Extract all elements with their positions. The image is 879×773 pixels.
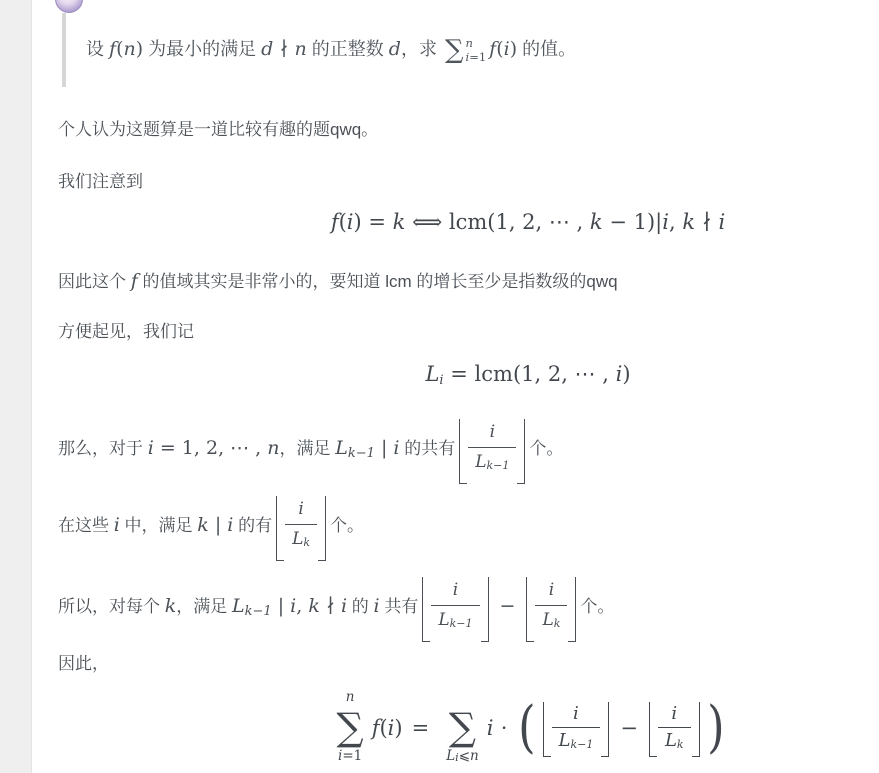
math-text: = 1, 2, ⋯ , xyxy=(154,437,267,459)
display-equation-2: Li = lcm(1, 2, ⋯ , i) xyxy=(58,362,879,388)
equals-sign: = xyxy=(412,716,430,740)
display-equation-3: n∑i=1 f(i)= ∑Li ⩽ n i⋅ ( iLk−1 − iLk ) xyxy=(58,690,879,765)
sum-upper-limit: n xyxy=(346,690,355,706)
lfloor-delimiter xyxy=(526,577,534,642)
lcm-text: lcm(1, 2, ⋯ , xyxy=(449,210,590,234)
fraction-numerator: i xyxy=(483,419,502,447)
sigma-symbol: ∑ xyxy=(445,37,464,63)
fraction-denominator: Lk−1 xyxy=(468,447,516,479)
paragraph-text: 因此这个 xyxy=(58,272,131,291)
sigma-symbol: ∑ xyxy=(337,708,364,746)
fraction-numerator: i xyxy=(446,577,465,605)
lfloor-delimiter xyxy=(459,419,467,484)
floor-expression: iLk xyxy=(649,698,700,757)
lfloor-delimiter xyxy=(422,577,430,642)
floor-expression: iLk−1 xyxy=(543,698,610,757)
math-text: − 1)| xyxy=(603,210,663,234)
problem-quote: 设 f(n) 为最小的满足 d ∤ n 的正整数 d，求 ∑ni=1f(i) 的… xyxy=(62,13,876,87)
math-var-i: i xyxy=(487,716,494,740)
math-subscript: k−1 xyxy=(348,446,375,461)
math-var-k: k xyxy=(590,210,603,234)
quote-line: 设 f(n) 为最小的满足 d ∤ n 的正整数 d，求 ∑ni=1f(i) 的… xyxy=(86,35,576,65)
equals-sign: = xyxy=(362,210,393,234)
math-var-i: i xyxy=(662,210,669,234)
rfloor-delimiter xyxy=(568,577,576,642)
quote-text: 的正整数 xyxy=(307,39,389,59)
floor-expression: iLk xyxy=(526,573,576,642)
paragraph-text: ，满足 xyxy=(176,597,232,616)
rfloor-delimiter xyxy=(692,702,700,757)
minus-sign: − xyxy=(500,595,516,617)
math-var-L: L xyxy=(425,362,439,386)
floor-expression: iLk−1 xyxy=(459,415,525,484)
fraction-numerator: i xyxy=(566,702,586,727)
paragraph-text: 个。 xyxy=(529,439,563,458)
not-divides-symbol: ∤ xyxy=(695,210,718,234)
floor-expression: iLk xyxy=(276,492,326,561)
display-equation-1: f(i) = k ⟺ lcm(1, 2, ⋯ , k − 1)|i, k ∤ i xyxy=(58,210,879,234)
rfloor-delimiter xyxy=(318,496,326,561)
paragraph-text: 的共有 xyxy=(399,439,455,458)
paragraph-notice: 我们注意到 xyxy=(58,170,143,194)
paragraph-text: ，满足 xyxy=(280,439,336,458)
paragraph-text: 我们注意到 xyxy=(58,172,143,191)
rfloor-delimiter xyxy=(517,419,525,484)
math-group: i⋅ xyxy=(487,716,515,740)
fraction: iLk−1 xyxy=(467,419,517,484)
fraction-denominator: Lk−1 xyxy=(431,605,479,637)
sum-upper-limit: n xyxy=(466,36,473,50)
fraction: iLk−1 xyxy=(430,577,480,642)
lfloor-delimiter xyxy=(543,702,551,757)
paragraph-text: 的 xyxy=(347,597,373,616)
not-divides-symbol: ∤ xyxy=(273,38,294,60)
math-var-k: k xyxy=(165,595,177,617)
math-var-k: k xyxy=(197,514,209,536)
math-var-i: i xyxy=(347,210,354,234)
sum-lower-limit: i=1 xyxy=(338,749,362,765)
math-paren: ( xyxy=(379,716,387,740)
floor-expression: iLk−1 xyxy=(422,573,488,642)
paragraph-text: 那么，对于 xyxy=(58,439,148,458)
page-gutter xyxy=(0,0,32,773)
fraction-numerator: i xyxy=(664,702,684,727)
math-paren: ) xyxy=(394,716,402,740)
math-var-f: f xyxy=(131,270,138,292)
math-var-k: k xyxy=(308,595,320,617)
sum-lower-limit: i=1 xyxy=(466,50,487,64)
user-avatar[interactable] xyxy=(55,0,83,13)
math-var-d: d xyxy=(389,38,401,60)
divides-bar: | xyxy=(209,514,227,536)
fraction: iLk xyxy=(284,496,318,561)
quote-text: 设 xyxy=(86,39,109,59)
fraction-denominator: Lk−1 xyxy=(552,727,601,752)
paragraph-text: 在这些 xyxy=(58,516,114,535)
big-right-paren: ) xyxy=(707,704,724,752)
not-divides-symbol: ∤ xyxy=(320,595,341,617)
summation-display: n∑i=1 xyxy=(337,690,364,765)
paragraph-opinion: 个人认为这题算是一道比较有趣的题qwq。 xyxy=(58,118,378,142)
paragraph-text: 个。 xyxy=(330,516,364,535)
paragraph-text: 的值域其实是非常小的，要知道 lcm 的增长至少是指数级的qwq xyxy=(138,272,618,291)
rfloor-delimiter xyxy=(481,577,489,642)
cdot-symbol: ⋅ xyxy=(500,716,507,740)
math-paren: ( xyxy=(339,210,347,234)
big-left-paren: ( xyxy=(518,704,535,752)
math-var-k: k xyxy=(393,210,406,234)
math-var-n: n xyxy=(295,38,307,60)
minus-sign: − xyxy=(620,716,638,740)
sigma-symbol: ∑ xyxy=(449,708,476,746)
fraction-numerator: i xyxy=(291,496,310,524)
paragraph-range: 因此这个 f 的值域其实是非常小的，要知道 lcm 的增长至少是指数级的qwq xyxy=(58,269,618,294)
fraction-numerator: i xyxy=(542,577,561,605)
iff-arrow: ⟺ xyxy=(405,210,448,234)
divides-bar: | xyxy=(272,595,290,617)
summation-display: ∑Li ⩽ n xyxy=(446,690,479,765)
paragraph-notation: 方便起见，我们记 xyxy=(58,320,194,344)
math-var-f: f xyxy=(331,210,339,234)
fraction: iLk xyxy=(534,577,568,642)
sum-lower-limit: Li ⩽ n xyxy=(446,749,479,765)
paragraph-text: 方便起见，我们记 xyxy=(58,322,194,341)
fraction-denominator: Lk xyxy=(285,524,317,556)
math-var-i: i xyxy=(718,210,725,234)
equals-sign: = xyxy=(444,362,475,386)
paragraph-difference-count: 所以，对每个 k，满足 Lk−1 | i, k ∤ i 的 i 共有iLk−1−… xyxy=(58,573,614,642)
lcm-text: lcm(1, 2, ⋯ , xyxy=(475,362,616,386)
divides-bar: | xyxy=(375,437,393,459)
math-var-n: n xyxy=(267,437,279,459)
paragraph-text: 因此， xyxy=(58,654,109,673)
math-paren: ) xyxy=(354,210,362,234)
paragraph-text: 的有 xyxy=(233,516,272,535)
paragraph-text: 所以，对每个 xyxy=(58,597,165,616)
paragraph-count-k-multiples: 在这些 i 中，满足 k | i 的有iLk个。 xyxy=(58,492,364,561)
paragraph-text: 个。 xyxy=(580,597,614,616)
math-paren: ) xyxy=(622,362,630,386)
paragraph-text: 共有 xyxy=(380,597,419,616)
summation-inline: ∑ni=1 xyxy=(445,36,486,65)
math-subscript: k−1 xyxy=(245,604,272,619)
math-var-n: n xyxy=(123,38,135,60)
paragraph-therefore: 因此， xyxy=(58,652,109,676)
paragraph-text: 个人认为这题算是一道比较有趣的题qwq。 xyxy=(58,120,378,139)
math-var-f: f xyxy=(109,38,116,60)
paragraph-text: 中，满足 xyxy=(120,516,197,535)
fraction: iLk−1 xyxy=(551,702,602,757)
math-var-k: k xyxy=(682,210,695,234)
math-text: , xyxy=(669,210,682,234)
math-var-d: d xyxy=(261,38,273,60)
math-group: f(i)= xyxy=(372,716,439,740)
quote-text: 的值。 xyxy=(517,39,576,59)
math-var-L: L xyxy=(232,595,245,617)
math-text: , xyxy=(296,595,308,617)
math-var-L: L xyxy=(335,437,348,459)
lfloor-delimiter xyxy=(276,496,284,561)
fraction-denominator: Lk xyxy=(658,727,691,752)
fraction-denominator: Lk xyxy=(535,605,567,637)
math-paren: ( xyxy=(496,38,503,60)
quote-text: ，求 xyxy=(401,39,442,59)
lfloor-delimiter xyxy=(649,702,657,757)
quote-text: 为最小的满足 xyxy=(143,39,261,59)
fraction: iLk xyxy=(657,702,692,757)
rfloor-delimiter xyxy=(601,702,609,757)
paragraph-count-multiples: 那么，对于 i = 1, 2, ⋯ , n，满足 Lk−1 | i 的共有iLk… xyxy=(58,415,563,484)
